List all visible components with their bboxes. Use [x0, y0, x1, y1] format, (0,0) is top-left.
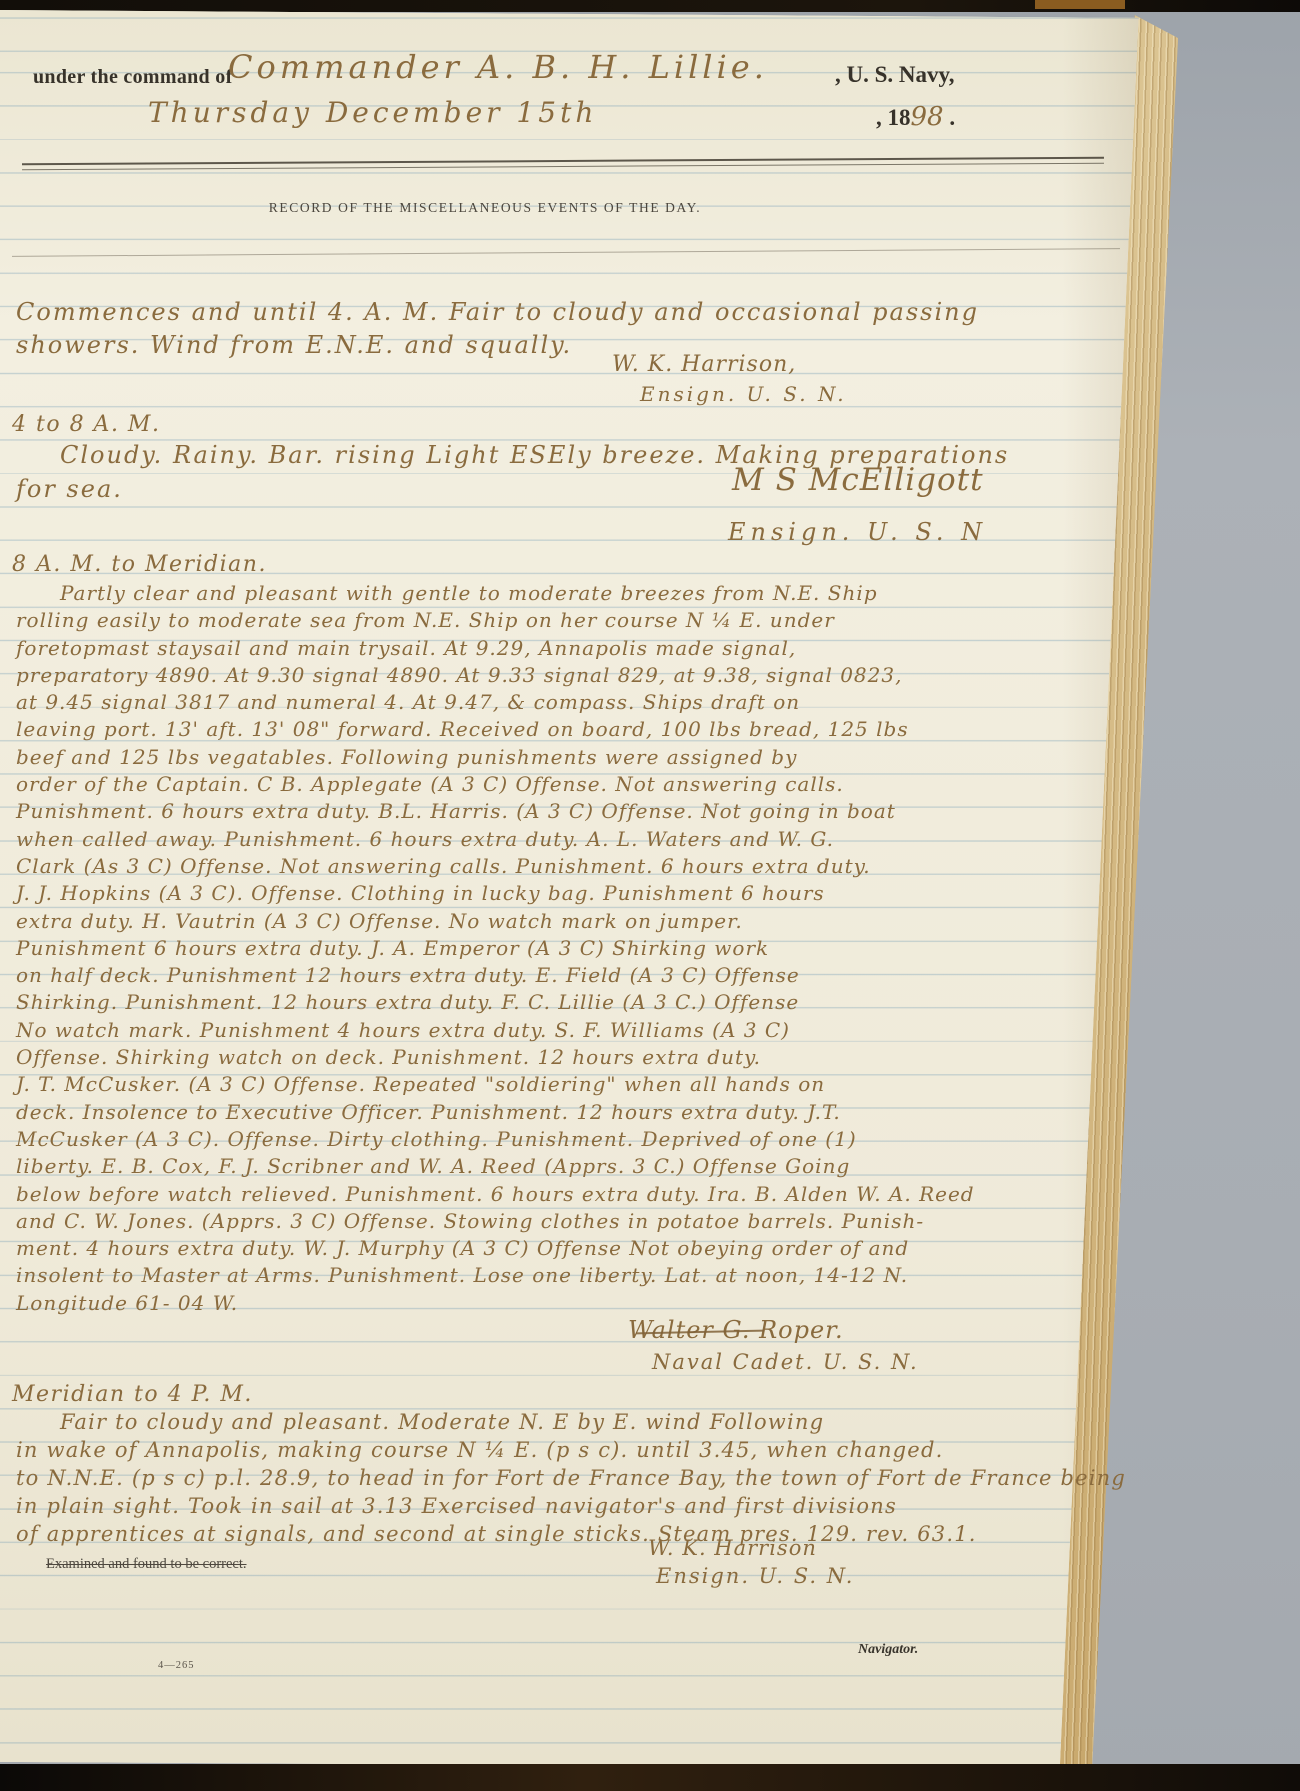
printed-command-prefix: under the command of — [33, 66, 233, 89]
log-line: Clark (As 3 C) Offense. Not answering ca… — [16, 853, 975, 880]
log-line: rolling easily to moderate sea from N.E.… — [16, 607, 975, 634]
entry-heading-4to8am: 4 to 8 A. M. — [12, 412, 160, 437]
log-line: Shirking. Punishment. 12 hours extra dut… — [16, 989, 975, 1016]
log-line: ment. 4 hours extra duty. W. J. Murphy (… — [16, 1235, 975, 1262]
log-line: insolent to Master at Arms. Punishment. … — [16, 1262, 975, 1289]
navigator-label: Navigator. — [858, 1642, 918, 1658]
entry-heading-8am-meridian: 8 A. M. to Meridian. — [12, 552, 267, 577]
signature-name: W. K. Harrison — [648, 1536, 817, 1560]
log-line: on half deck. Punishment 12 hours extra … — [16, 962, 975, 989]
book-bottom-edge — [0, 1764, 1300, 1791]
printed-us-navy: , U. S. Navy, — [835, 62, 955, 88]
log-line: extra duty. H. Vautrin (A 3 C) Offense. … — [16, 908, 975, 935]
log-line: to N.N.E. (p s c) p.l. 28.9, to head in … — [16, 1464, 1126, 1492]
signature-name: M S McElligott — [732, 462, 984, 498]
log-line: preparatory 4890. At 9.30 signal 4890. A… — [16, 662, 975, 689]
log-line: below before watch relieved. Punishment.… — [16, 1181, 975, 1208]
entry-8am-meridian: Partly clear and pleasant with gentle to… — [16, 580, 975, 1317]
log-line: at 9.45 signal 3817 and numeral 4. At 9.… — [16, 689, 975, 716]
log-line: Fair to cloudy and pleasant. Moderate N.… — [16, 1408, 1126, 1436]
date-handwritten: Thursday December 15th — [148, 96, 597, 129]
log-line: Partly clear and pleasant with gentle to… — [16, 580, 975, 607]
signature-name: W. K. Harrison, — [612, 352, 796, 377]
log-line: order of the Captain. C B. Applegate (A … — [16, 771, 975, 798]
printed-year-prefix: , 18 — [876, 105, 911, 130]
log-line: in plain sight. Took in sail at 3.13 Exe… — [16, 1492, 1126, 1520]
log-line: Offense. Shirking watch on deck. Punishm… — [16, 1044, 975, 1071]
log-line: when called away. Punishment. 6 hours ex… — [16, 826, 975, 853]
commander-name-handwritten: Commander A. B. H. Lillie. — [228, 48, 768, 86]
log-line: showers. Wind from E.N.E. and squally. — [16, 329, 979, 362]
log-line: Commences and until 4. A. M. Fair to clo… — [16, 296, 979, 329]
signature-title: Ensign. U. S. N — [728, 518, 987, 546]
entry-commences: Commences and until 4. A. M. Fair to clo… — [16, 296, 979, 362]
record-caption: RECORD OF THE MISCELLANEOUS EVENTS OF TH… — [0, 200, 970, 216]
log-line: leaving port. 13' aft. 13' 08" forward. … — [16, 716, 975, 743]
log-line: foretopmast staysail and main trysail. A… — [16, 635, 975, 662]
log-line: of apprentices at signals, and second at… — [16, 1520, 1126, 1548]
log-line: McCusker (A 3 C). Offense. Dirty clothin… — [16, 1126, 975, 1153]
log-line: No watch mark. Punishment 4 hours extra … — [16, 1017, 975, 1044]
signature-title: Naval Cadet. U. S. N. — [652, 1350, 919, 1374]
log-line: deck. Insolence to Executive Officer. Pu… — [16, 1099, 975, 1126]
log-line: Punishment. 6 hours extra duty. B.L. Har… — [16, 798, 975, 825]
entry-meridian-4pm: Fair to cloudy and pleasant. Moderate N.… — [16, 1408, 1126, 1548]
log-line: in wake of Annapolis, making course N ¼ … — [16, 1436, 1126, 1464]
log-line: and C. W. Jones. (Apprs. 3 C) Offense. S… — [16, 1208, 975, 1235]
form-number: 4—265 — [158, 1660, 195, 1671]
log-line: Punishment 6 hours extra duty. J. A. Emp… — [16, 935, 975, 962]
printed-year-suffix: . — [944, 105, 956, 130]
signature-title: Ensign. U. S. N. — [640, 382, 847, 406]
log-line: Longitude 61- 04 W. — [16, 1290, 975, 1317]
book-binding-glimpse — [1035, 0, 1125, 9]
logbook-scan: { "colors": { "ink": "#8a6b3e", "printed… — [0, 0, 1300, 1791]
entry-heading-meridian-4pm: Meridian to 4 P. M. — [12, 1382, 253, 1407]
examined-note: Examined and found to be correct. — [46, 1556, 247, 1573]
log-line: J. T. McCusker. (A 3 C) Offense. Repeate… — [16, 1071, 975, 1098]
log-line: J. J. Hopkins (A 3 C). Offense. Clothing… — [16, 880, 975, 907]
log-line: liberty. E. B. Cox, F. J. Scribner and W… — [16, 1153, 975, 1180]
year-line: , 1898 . — [876, 102, 955, 132]
log-line: beef and 125 lbs vegatables. Following p… — [16, 744, 975, 771]
year-handwritten: 98 — [911, 102, 944, 132]
signature-title: Ensign. U. S. N. — [656, 1564, 854, 1588]
